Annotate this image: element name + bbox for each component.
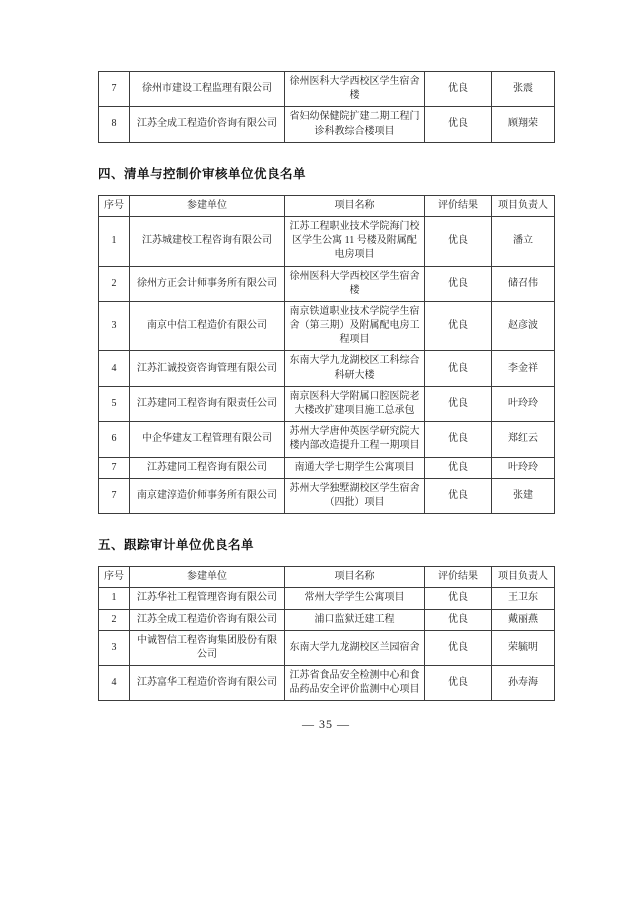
cell-project: 江苏工程职业技术学院海门校区学生公寓 11 号楼及附属配电房项目	[285, 216, 425, 266]
table-prev-continuation: 7 徐州市建设工程监理有限公司 徐州医科大学西校区学生宿舍楼 优良 张震 8 江…	[98, 71, 555, 143]
cell-no: 3	[99, 630, 130, 665]
cell-person: 顾翔荣	[492, 107, 555, 142]
cell-person: 储召伟	[492, 266, 555, 301]
document-page: { "page": { "footer": "— 35 —" }, "table…	[0, 0, 636, 900]
table-row: 7 南京建淳造价师事务所有限公司 苏州大学独墅湖校区学生宿舍（四批）项目 优良 …	[99, 478, 555, 513]
header-result: 评价结果	[425, 567, 492, 588]
page-number: — 35 —	[98, 717, 554, 732]
cell-project: 东南大学九龙湖校区兰园宿舍	[285, 630, 425, 665]
cell-person: 张震	[492, 72, 555, 107]
cell-no: 4	[99, 666, 130, 701]
table-header-row: 序号 参建单位 项目名称 评价结果 项目负责人	[99, 195, 555, 216]
cell-result: 优良	[425, 457, 492, 478]
cell-project: 徐州医科大学西校区学生宿舍楼	[285, 266, 425, 301]
cell-project: 浦口监狱迁建工程	[285, 609, 425, 630]
cell-result: 优良	[425, 107, 492, 142]
cell-no: 1	[99, 216, 130, 266]
cell-project: 常州大学学生公寓项目	[285, 588, 425, 609]
table-section4: 序号 参建单位 项目名称 评价结果 项目负责人 1 江苏城建校工程咨询有限公司 …	[98, 195, 555, 514]
cell-person: 郑红云	[492, 422, 555, 457]
header-project: 项目名称	[285, 567, 425, 588]
cell-unit: 江苏全成工程造价咨询有限公司	[130, 107, 285, 142]
header-person: 项目负责人	[492, 567, 555, 588]
cell-unit: 江苏富华工程造价咨询有限公司	[130, 666, 285, 701]
cell-unit: 江苏全成工程造价咨询有限公司	[130, 609, 285, 630]
cell-result: 优良	[425, 588, 492, 609]
cell-unit: 江苏建同工程咨询有限责任公司	[130, 386, 285, 421]
header-person: 项目负责人	[492, 195, 555, 216]
cell-unit: 中企华建友工程管理有限公司	[130, 422, 285, 457]
cell-result: 优良	[425, 301, 492, 351]
cell-unit: 徐州方正会计师事务所有限公司	[130, 266, 285, 301]
table-row: 4 江苏富华工程造价咨询有限公司 江苏省食品安全检测中心和食品药品安全评价监测中…	[99, 666, 555, 701]
table-row: 3 南京中信工程造价有限公司 南京铁道职业技术学院学生宿舍（第三期）及附属配电房…	[99, 301, 555, 351]
cell-unit: 江苏华社工程管理咨询有限公司	[130, 588, 285, 609]
cell-project: 南京铁道职业技术学院学生宿舍（第三期）及附属配电房工程项目	[285, 301, 425, 351]
header-unit: 参建单位	[130, 567, 285, 588]
cell-no: 4	[99, 351, 130, 386]
cell-no: 5	[99, 386, 130, 421]
cell-project: 苏州大学独墅湖校区学生宿舍（四批）项目	[285, 478, 425, 513]
cell-unit: 徐州市建设工程监理有限公司	[130, 72, 285, 107]
header-no: 序号	[99, 567, 130, 588]
cell-no: 7	[99, 478, 130, 513]
cell-no: 7	[99, 72, 130, 107]
cell-person: 张建	[492, 478, 555, 513]
header-result: 评价结果	[425, 195, 492, 216]
cell-no: 2	[99, 266, 130, 301]
header-unit: 参建单位	[130, 195, 285, 216]
table-row: 2 徐州方正会计师事务所有限公司 徐州医科大学西校区学生宿舍楼 优良 储召伟	[99, 266, 555, 301]
table-header-row: 序号 参建单位 项目名称 评价结果 项目负责人	[99, 567, 555, 588]
table-row: 5 江苏建同工程咨询有限责任公司 南京医科大学附属口腔医院老大楼改扩建项目施工总…	[99, 386, 555, 421]
cell-result: 优良	[425, 216, 492, 266]
cell-result: 优良	[425, 266, 492, 301]
cell-project: 东南大学九龙湖校区工科综合科研大楼	[285, 351, 425, 386]
cell-result: 优良	[425, 386, 492, 421]
cell-person: 赵彦波	[492, 301, 555, 351]
cell-unit: 江苏汇诚投资咨询管理有限公司	[130, 351, 285, 386]
cell-unit: 南京建淳造价师事务所有限公司	[130, 478, 285, 513]
cell-no: 1	[99, 588, 130, 609]
cell-project: 省妇幼保健院扩建二期工程门诊科教综合楼项目	[285, 107, 425, 142]
cell-unit: 中诚智信工程咨询集团股份有限公司	[130, 630, 285, 665]
header-project: 项目名称	[285, 195, 425, 216]
cell-no: 7	[99, 457, 130, 478]
cell-unit: 南京中信工程造价有限公司	[130, 301, 285, 351]
cell-person: 叶玲玲	[492, 386, 555, 421]
cell-result: 优良	[425, 630, 492, 665]
cell-project: 苏州大学唐仲英医学研究院大楼内部改造提升工程一期项目	[285, 422, 425, 457]
section4-heading: 四、清单与控制价审核单位优良名单	[98, 164, 554, 182]
cell-result: 优良	[425, 422, 492, 457]
cell-result: 优良	[425, 478, 492, 513]
cell-project: 南通大学七期学生公寓项目	[285, 457, 425, 478]
cell-result: 优良	[425, 72, 492, 107]
header-no: 序号	[99, 195, 130, 216]
cell-result: 优良	[425, 666, 492, 701]
cell-person: 叶玲玲	[492, 457, 555, 478]
cell-person: 王卫东	[492, 588, 555, 609]
table-row: 1 江苏城建校工程咨询有限公司 江苏工程职业技术学院海门校区学生公寓 11 号楼…	[99, 216, 555, 266]
cell-person: 李金祥	[492, 351, 555, 386]
cell-no: 2	[99, 609, 130, 630]
table-row: 2 江苏全成工程造价咨询有限公司 浦口监狱迁建工程 优良 戴丽燕	[99, 609, 555, 630]
table-section5: 序号 参建单位 项目名称 评价结果 项目负责人 1 江苏华社工程管理咨询有限公司…	[98, 566, 555, 701]
cell-result: 优良	[425, 609, 492, 630]
table-row: 7 江苏建同工程咨询有限公司 南通大学七期学生公寓项目 优良 叶玲玲	[99, 457, 555, 478]
cell-result: 优良	[425, 351, 492, 386]
cell-unit: 江苏城建校工程咨询有限公司	[130, 216, 285, 266]
cell-project: 徐州医科大学西校区学生宿舍楼	[285, 72, 425, 107]
table-row: 8 江苏全成工程造价咨询有限公司 省妇幼保健院扩建二期工程门诊科教综合楼项目 优…	[99, 107, 555, 142]
cell-person: 荣毓明	[492, 630, 555, 665]
table-row: 6 中企华建友工程管理有限公司 苏州大学唐仲英医学研究院大楼内部改造提升工程一期…	[99, 422, 555, 457]
cell-no: 8	[99, 107, 130, 142]
cell-project: 江苏省食品安全检测中心和食品药品安全评价监测中心项目	[285, 666, 425, 701]
table-row: 7 徐州市建设工程监理有限公司 徐州医科大学西校区学生宿舍楼 优良 张震	[99, 72, 555, 107]
cell-no: 6	[99, 422, 130, 457]
cell-project: 南京医科大学附属口腔医院老大楼改扩建项目施工总承包	[285, 386, 425, 421]
page-content: 7 徐州市建设工程监理有限公司 徐州医科大学西校区学生宿舍楼 优良 张震 8 江…	[98, 71, 554, 732]
table-row: 4 江苏汇诚投资咨询管理有限公司 东南大学九龙湖校区工科综合科研大楼 优良 李金…	[99, 351, 555, 386]
cell-no: 3	[99, 301, 130, 351]
cell-unit: 江苏建同工程咨询有限公司	[130, 457, 285, 478]
cell-person: 潘立	[492, 216, 555, 266]
cell-person: 戴丽燕	[492, 609, 555, 630]
table-row: 1 江苏华社工程管理咨询有限公司 常州大学学生公寓项目 优良 王卫东	[99, 588, 555, 609]
cell-person: 孙寿海	[492, 666, 555, 701]
section5-heading: 五、跟踪审计单位优良名单	[98, 535, 554, 553]
table-row: 3 中诚智信工程咨询集团股份有限公司 东南大学九龙湖校区兰园宿舍 优良 荣毓明	[99, 630, 555, 665]
